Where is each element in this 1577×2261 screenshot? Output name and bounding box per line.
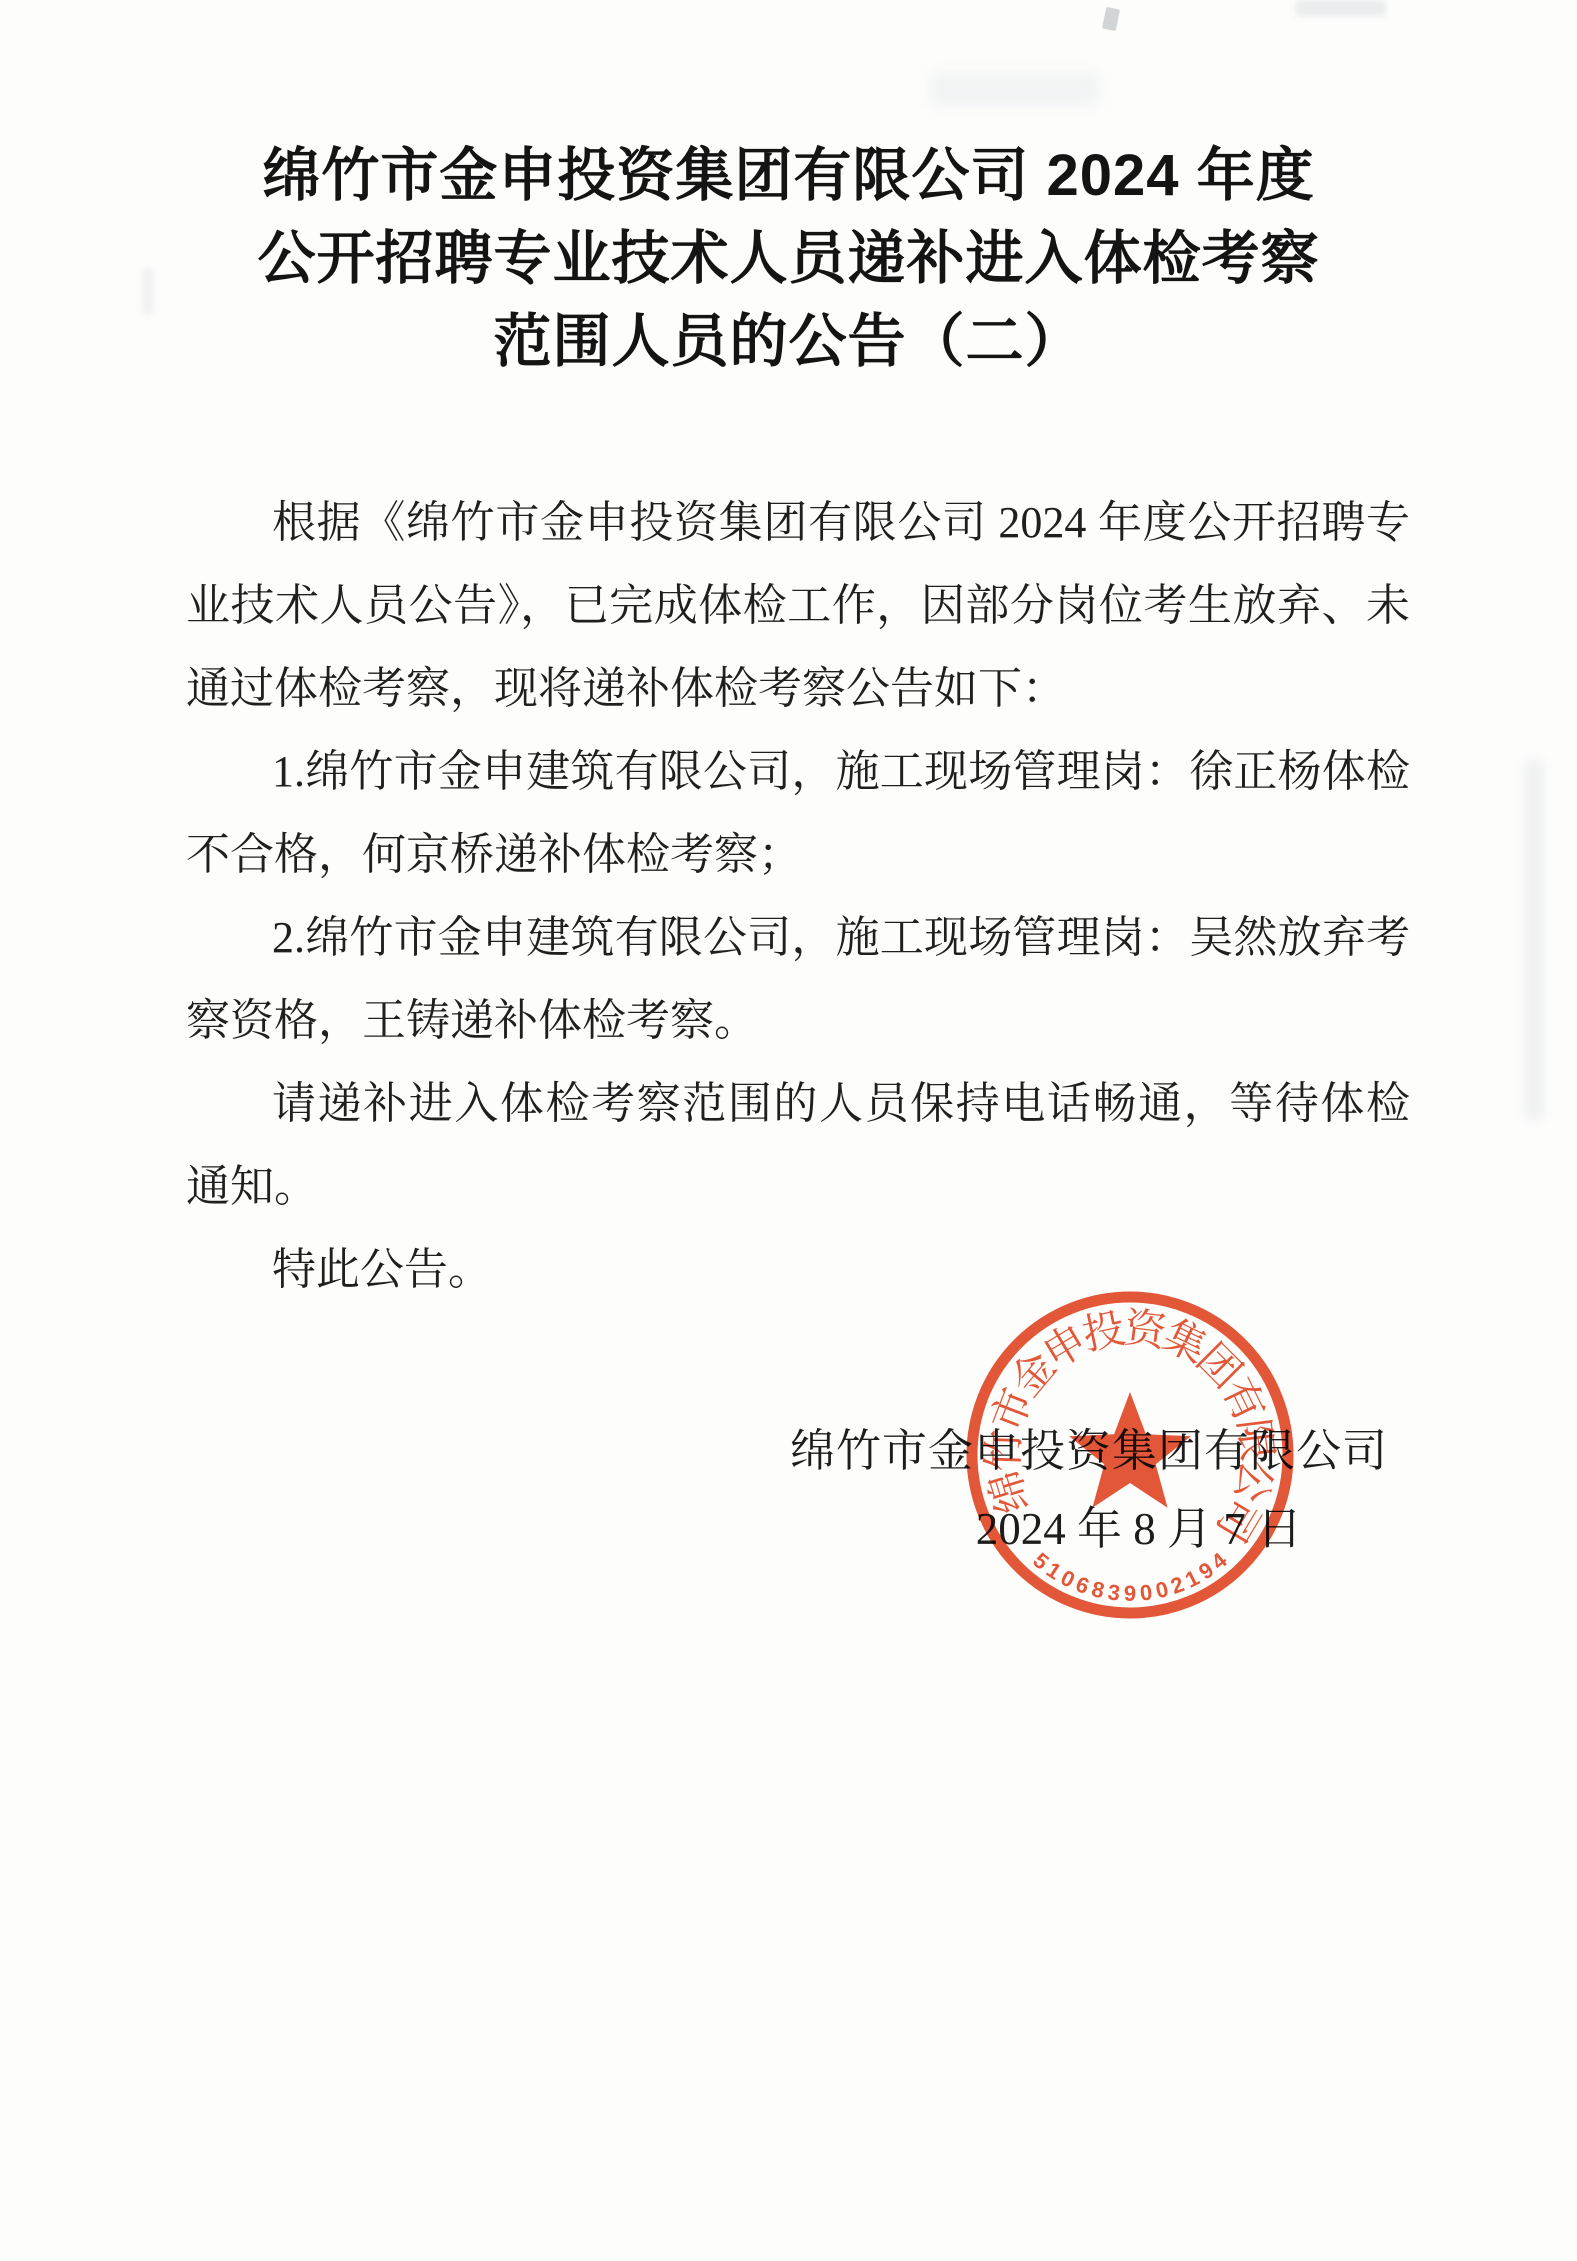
- title-line-3: 范围人员的公告（二）: [0, 300, 1577, 383]
- svg-text:2: 2: [1167, 1571, 1187, 1599]
- scan-artifact: [1296, 0, 1386, 16]
- signature-company-name: 绵竹市金申投资集团有限公司: [790, 1414, 1388, 1479]
- svg-text:9: 9: [1194, 1557, 1218, 1585]
- body-paragraph: 1.绵竹市金申建筑有限公司，施工现场管理岗：徐正杨体检不合格，何京桥递补体检考察…: [186, 730, 1410, 896]
- svg-text:3: 3: [1106, 1579, 1121, 1605]
- body-paragraph: 2.绵竹市金申建筑有限公司，施工现场管理岗：吴然放弃考察资格，王铸递补体检考察。: [186, 896, 1410, 1062]
- svg-text:0: 0: [1153, 1576, 1171, 1603]
- svg-text:1: 1: [1042, 1557, 1066, 1585]
- document-title: 绵竹市金申投资集团有限公司 2024 年度 公开招聘专业技术人员递补进入体检考察…: [0, 134, 1577, 383]
- document-page: 绵竹市金申投资集团有限公司 2024 年度 公开招聘专业技术人员递补进入体检考察…: [0, 0, 1577, 2261]
- svg-text:申: 申: [1036, 1317, 1096, 1378]
- svg-text:0: 0: [1057, 1565, 1079, 1593]
- svg-text:投: 投: [1079, 1306, 1130, 1360]
- scan-artifact: [1524, 760, 1544, 1120]
- svg-text:0: 0: [1139, 1579, 1154, 1605]
- svg-text:金: 金: [1003, 1344, 1065, 1406]
- svg-text:集: 集: [1156, 1312, 1214, 1373]
- svg-text:团: 团: [1187, 1335, 1249, 1397]
- svg-text:1: 1: [1181, 1565, 1203, 1593]
- svg-text:资: 资: [1122, 1305, 1170, 1357]
- document-date: 2024 年 8 月 7 日: [976, 1492, 1302, 1557]
- svg-text:9: 9: [1124, 1581, 1136, 1606]
- svg-text:6: 6: [1073, 1571, 1093, 1599]
- scan-artifact: [930, 72, 1100, 106]
- title-line-1: 绵竹市金申投资集团有限公司 2024 年度: [0, 134, 1577, 217]
- body-paragraph: 请递补进入体检考察范围的人员保持电话畅通，等待体检通知。: [186, 1062, 1410, 1228]
- scan-artifact: [1102, 7, 1120, 31]
- body-text: 根据《绵竹市金申投资集团有限公司 2024 年度公开招聘专业技术人员公告》，已完…: [186, 481, 1410, 1311]
- body-paragraph: 特此公告。: [186, 1228, 1410, 1311]
- title-line-2: 公开招聘专业技术人员递补进入体检考察: [0, 217, 1577, 300]
- svg-text:8: 8: [1089, 1576, 1107, 1603]
- body-paragraph: 根据《绵竹市金申投资集团有限公司 2024 年度公开招聘专业技术人员公告》，已完…: [186, 481, 1410, 730]
